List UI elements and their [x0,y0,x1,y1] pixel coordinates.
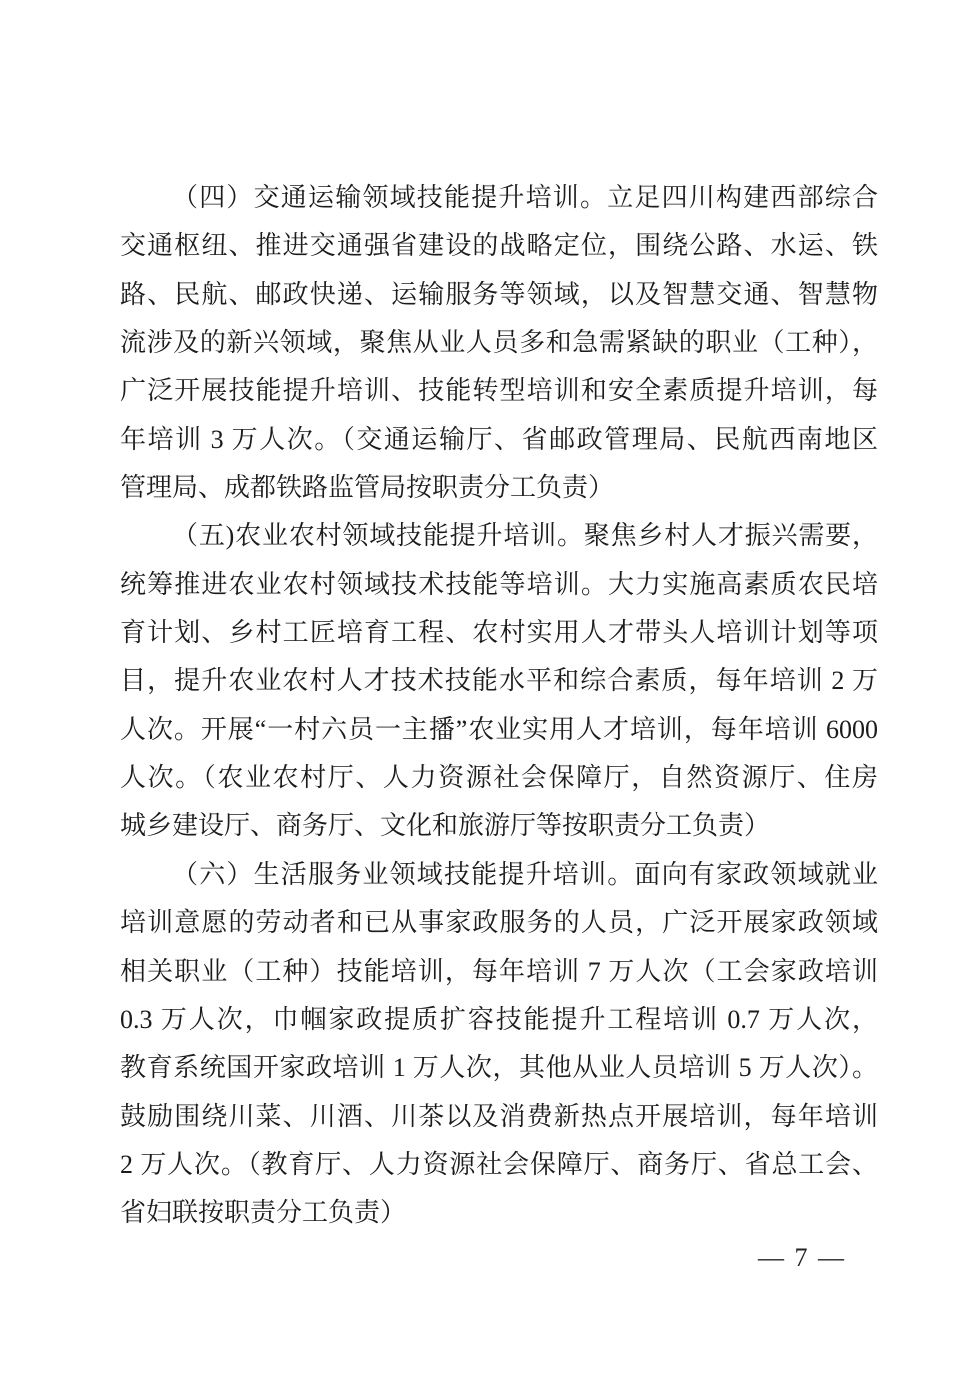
text-line: 人次。（农业农村厅、人力资源社会保障厅，自然资源厅、住房 [120,754,878,802]
paragraph-6-life-services-training: （六）生活服务业领域技能提升培训。面向有家政领域就业培训意愿的劳动者和已从事家政… [120,851,878,1238]
text-line: （四）交通运输领域技能提升培训。立足四川构建西部综合 [120,174,878,222]
text-line: 省妇联按职责分工负责） [120,1189,878,1237]
text-line: （五)农业农村领域技能提升培训。聚焦乡村人才振兴需要， [120,512,878,560]
paragraph-5-agriculture-training: （五)农业农村领域技能提升培训。聚焦乡村人才振兴需要，统筹推进农业农村领域技术技… [120,512,878,850]
text-line: 相关职业（工种）技能培训，每年培训 7 万人次（工会家政培训 [120,948,878,996]
text-line: 培训意愿的劳动者和已从事家政服务的人员，广泛开展家政领域 [120,899,878,947]
text-line: 教育系统国开家政培训 1 万人次，其他从业人员培训 5 万人次）。 [120,1044,878,1092]
text-line: 广泛开展技能提升培训、技能转型培训和安全素质提升培训，每 [120,367,878,415]
text-line: 管理局、成都铁路监管局按职责分工负责） [120,464,878,512]
text-line: 统筹推进农业农村领域技术技能等培训。大力实施高素质农民培 [120,561,878,609]
text-line: 年培训 3 万人次。（交通运输厅、省邮政管理局、民航西南地区 [120,416,878,464]
text-line: 0.3 万人次，巾帼家政提质扩容技能提升工程培训 0.7 万人次， [120,996,878,1044]
text-line: 人次。开展“一村六员一主播”农业实用人才培训，每年培训 6000 [120,706,878,754]
page-number: — 7 — [742,1242,862,1274]
text-line: 交通枢纽、推进交通强省建设的战略定位，围绕公路、水运、铁 [120,222,878,270]
text-line: 路、民航、邮政快递、运输服务等领域，以及智慧交通、智慧物 [120,271,878,319]
text-line: 鼓励围绕川菜、川酒、川茶以及消费新热点开展培训，每年培训 [120,1093,878,1141]
text-line: （六）生活服务业领域技能提升培训。面向有家政领域就业 [120,851,878,899]
paragraph-4-transport-training: （四）交通运输领域技能提升培训。立足四川构建西部综合交通枢纽、推进交通强省建设的… [120,174,878,512]
text-line: 2 万人次。（教育厅、人力资源社会保障厅、商务厅、省总工会、 [120,1141,878,1189]
text-line: 育计划、乡村工匠培育工程、农村实用人才带头人培训计划等项 [120,609,878,657]
text-line: 流涉及的新兴领域，聚焦从业人员多和急需紧缺的职业（工种）， [120,319,878,367]
text-line: 目，提升农业农村人才技术技能水平和综合素质，每年培训 2 万 [120,657,878,705]
document-page: （四）交通运输领域技能提升培训。立足四川构建西部综合交通枢纽、推进交通强省建设的… [0,0,974,1385]
text-line: 城乡建设厅、商务厅、文化和旅游厅等按职责分工负责） [120,802,878,850]
document-body: （四）交通运输领域技能提升培训。立足四川构建西部综合交通枢纽、推进交通强省建设的… [120,174,878,1238]
